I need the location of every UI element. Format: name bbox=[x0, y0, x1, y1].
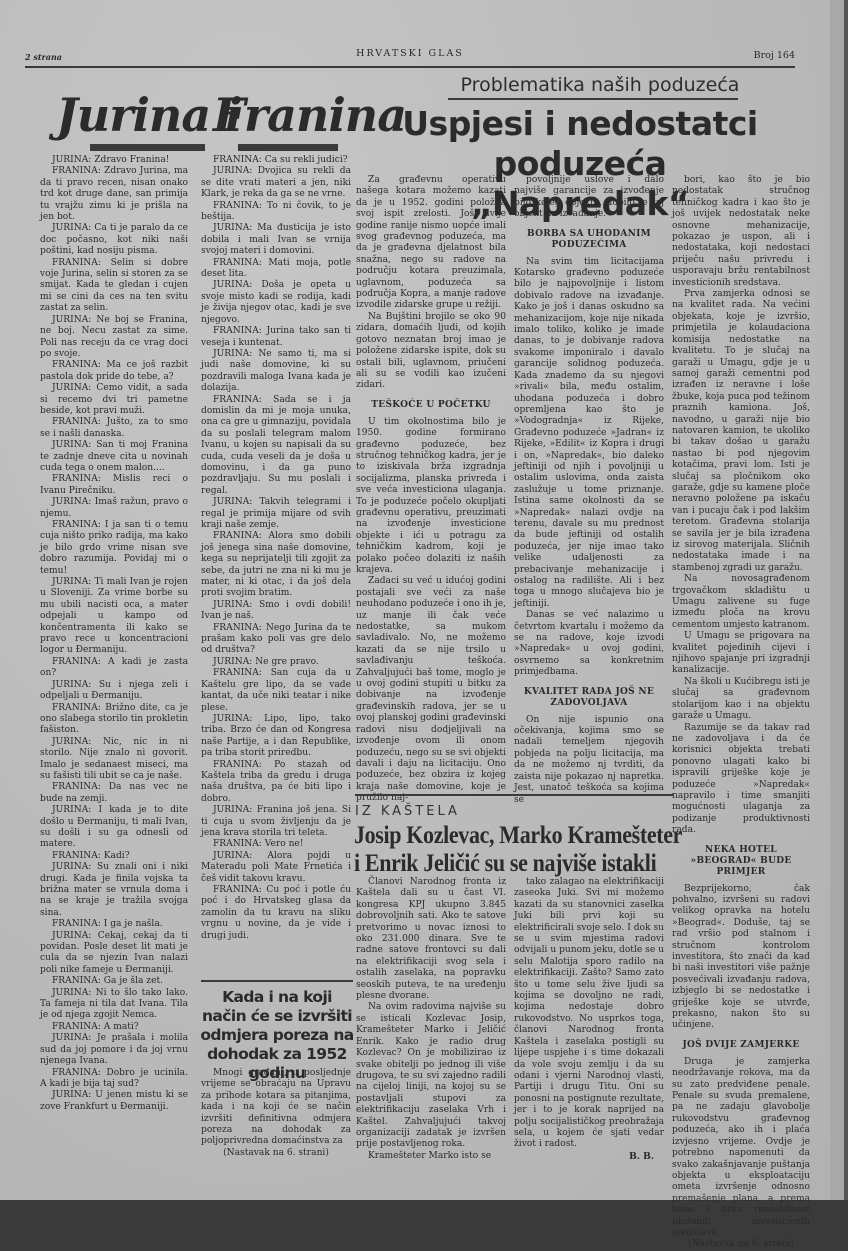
article-paragraph: U Umagu se prigovara na kvalitet pojedin… bbox=[672, 631, 810, 677]
dialogue-line: FRANINA: Zdravo Jurina, ma da ti pravo r… bbox=[40, 166, 188, 223]
kastela-signature: B. B. bbox=[514, 1151, 664, 1162]
dialogue-line: JURINA: Ne samo ti, ma si judi naše domo… bbox=[201, 349, 351, 395]
dialogue-line: JURINA: Nic, nic in ni storilo. Nije zna… bbox=[40, 737, 188, 783]
article-paragraph: Za građevnu operativu našega kotara može… bbox=[356, 175, 506, 312]
article-paragraph: Druga je zamjerka neodržavanje rokova, m… bbox=[672, 1057, 810, 1200]
article-paragraph: Kramešteter Marko isto se bbox=[356, 1151, 506, 1162]
article-paragraph: Na ovim radovima najviše su se isticali … bbox=[356, 1002, 506, 1150]
dialogue-line: FRANINA: Da nas vec ne bude na zemji. bbox=[40, 782, 188, 805]
subhead-teskoce: TEŠKOĆE U POČETKU bbox=[356, 400, 506, 411]
dialogue-line: JURINA: I kada je to dite došlo u Đerman… bbox=[40, 805, 188, 851]
article-paragraph: Članovi Narodnog fronta iz Kaštela dali … bbox=[356, 877, 506, 1002]
title-underline-right bbox=[238, 144, 338, 151]
dialogue-line: FRANINA: Alora smo dobili još jenega sin… bbox=[201, 531, 351, 599]
dialogue-line: FRANINA: Ca su rekli judici? bbox=[201, 155, 351, 166]
dialogue-line: FRANINA: San cuja da u Kaštelu gre lipo,… bbox=[201, 668, 351, 714]
article-paragraph: On nije ispunio ona očekivanja, kojima s… bbox=[514, 715, 664, 806]
article-paragraph: Bezprijekorno, čak pohvalno, izvršeni su… bbox=[672, 884, 810, 1032]
tax-article-rule bbox=[201, 980, 353, 982]
dialogue-line: FRANINA: Mislis reci o Ivanu Pirečniku. bbox=[40, 474, 188, 497]
title-underline-left bbox=[90, 144, 205, 151]
issue-number: Broj 164 bbox=[754, 50, 795, 61]
napredak-column-1: Za građevnu operativu našega kotara može… bbox=[356, 175, 506, 805]
tax-paragraph: Mnogi građani, u posljednje vrijeme se o… bbox=[201, 1068, 351, 1148]
newspaper-page: 2 strana HRVATSKI GLAS Broj 164 Jurina i… bbox=[0, 0, 848, 1200]
dialogue-line: FRANINA: Jušto, za to smo se i našli dan… bbox=[40, 417, 188, 440]
dialogue-line: JURINA: Je prašala i molila sud da joj p… bbox=[40, 1033, 188, 1067]
article-paragraph: Na Bujštini brojilo se oko 90 zidara, do… bbox=[356, 312, 506, 392]
article-paragraph: U tim okolnostima bilo je 1950. godine f… bbox=[356, 417, 506, 577]
kicker-rule bbox=[448, 98, 738, 100]
dialogue-line: JURINA: Alora pojdi u Materadu poli Mate… bbox=[201, 851, 351, 885]
dialogue-line: JURINA: Su i njega zeli i odpeljali u Đe… bbox=[40, 680, 188, 703]
tax-article-body: Mnogi građani, u posljednje vrijeme se o… bbox=[201, 1068, 351, 1159]
headline-line-1: Uspjesi i nedostatci poduzeća bbox=[350, 104, 810, 184]
dialogue-line: FRANINA: A kadi je zasta on? bbox=[40, 657, 188, 680]
article-kicker: Problematika naših poduzeća bbox=[430, 74, 770, 96]
subhead-dvije-zamjerke: JOŠ DVIJE ZAMJERKE bbox=[672, 1040, 810, 1051]
kastela-column-1: Članovi Narodnog fronta iz Kaštela dali … bbox=[356, 877, 506, 1162]
dialogue-line: FRANINA: I ja san ti o temu cuja ništo p… bbox=[40, 520, 188, 577]
kastela-kicker: IZ KAŠTELA bbox=[355, 804, 460, 819]
dialogue-line: FRANINA: I ga je našla. bbox=[40, 919, 188, 930]
dialogue-line: FRANINA: Jurina tako san ti veseja i kun… bbox=[201, 326, 351, 349]
dialogue-line: JURINA: Ne gre pravo. bbox=[201, 657, 351, 668]
article-paragraph: Razumije se da takav rad ne zadovoljava … bbox=[672, 723, 810, 837]
dialogue-line: JURINA: Doša je opeta u svoje misto kadi… bbox=[201, 280, 351, 326]
page-header: 2 strana HRVATSKI GLAS Broj 164 bbox=[25, 48, 795, 64]
article-paragraph: povoljnije uslove i dalo najviše garanci… bbox=[514, 175, 664, 221]
dialogue-line: FRANINA: Vero ne! bbox=[201, 839, 351, 850]
dialogue-line: FRANINA: A mati? bbox=[40, 1022, 188, 1033]
dialogue-line: JURINA: Imaš ražun, pravo o njemu. bbox=[40, 497, 188, 520]
article-paragraph: Na novosagrađenom trgovačkom skladištu u… bbox=[672, 574, 810, 631]
dialogue-line: JURINA: Ca ti je paralo da ce doc počasn… bbox=[40, 223, 188, 257]
dialogue-line: JURINA: Lipo, lipo, tako triba. Brzo će … bbox=[201, 714, 351, 760]
dialogue-line: FRANINA: To ni čovik, to je beštija. bbox=[201, 201, 351, 224]
article-paragraph: Na svim tim licitacijama Kotarsko građev… bbox=[514, 257, 664, 611]
dialogue-line: JURINA: Ti mali Ivan je rojen u Slovenij… bbox=[40, 577, 188, 657]
tax-continued: (Nastavak na 6. strani) bbox=[201, 1148, 351, 1159]
article-paragraph: Zadaci su već u idućoj godini postajali … bbox=[356, 576, 506, 804]
kastela-headline-line-1: Josip Kozlevac, Marko Kramešteter bbox=[354, 822, 637, 850]
dialogue-line: FRANINA: Nego Jurina da te prašam kako p… bbox=[201, 623, 351, 657]
kastela-headline: Josip Kozlevac, Marko Kramešteter i Enri… bbox=[354, 822, 637, 878]
dialogue-line: JURINA: Smo i ovdi dobili! Ivan je naš. bbox=[201, 600, 351, 623]
article-paragraph: Prva zamjerka odnosi se na kvalitet rada… bbox=[672, 289, 810, 574]
dialogue-line: FRANINA: Ga je šla zet. bbox=[40, 976, 188, 987]
header-rule bbox=[25, 66, 795, 68]
subhead-hotel-beograd: NEKA HOTEL »BEOGRAD« BUDE PRIMJER bbox=[672, 845, 810, 878]
dialogue-line: JURINA: U jenen mistu ki se zove Frankfu… bbox=[40, 1090, 188, 1113]
article-paragraph: Na školi u Kućibregu isti je slučaj sa g… bbox=[672, 677, 810, 723]
dialogue-line: JURINA: Cemo vidit, a sada si recemo dvi… bbox=[40, 383, 188, 417]
dialogue-line: FRANINA: Po stazah od Kaštela triba da g… bbox=[201, 760, 351, 806]
dialogue-line: FRANINA: Cu poć i potle ću poć i do Hrva… bbox=[201, 885, 351, 942]
dialogue-column-1: JURINA: Zdravo Franina!FRANINA: Zdravo J… bbox=[40, 155, 188, 1113]
dialogue-line: JURINA: Cekaj, cekaj da ti povidan. Posl… bbox=[40, 931, 188, 977]
dialogue-line: FRANINA: Kadi? bbox=[40, 851, 188, 862]
napredak-column-2: povoljnije uslove i dalo najviše garanci… bbox=[514, 175, 664, 806]
dialogue-line: FRANINA: Brižno dite, ca je ono slabega … bbox=[40, 703, 188, 737]
dialogue-title: Jurina i Franina bbox=[38, 82, 338, 154]
dialogue-line: FRANINA: Selin si dobre voje Jurina, sel… bbox=[40, 258, 188, 315]
napredak-column-3: bori, kao što je bio nedostatak stručnog… bbox=[672, 175, 810, 1200]
dialogue-line: FRANINA: Dobro je ucinila. A kadi je bij… bbox=[40, 1068, 188, 1091]
dialogue-line: JURINA: Su znali oni i niki drugi. Kada … bbox=[40, 862, 188, 919]
subhead-borba: BORBA SA UHODANIM PODUZEĆIMA bbox=[514, 229, 664, 251]
dialogue-line: JURINA: Takvih telegrami i regal je prim… bbox=[201, 497, 351, 531]
article-paragraph: tako zalagao na elektrifikaciji zaseoka … bbox=[514, 877, 664, 1151]
dialogue-line: JURINA: Ne boj se Franina, ne boj. Necu … bbox=[40, 315, 188, 361]
article-paragraph: bori, kao što je bio nedostatak stručnog… bbox=[672, 175, 810, 289]
kastela-headline-line-2: i Enrik Jeličić su se najviše istakli bbox=[354, 850, 637, 878]
dialogue-line: JURINA: Zdravo Franina! bbox=[40, 155, 188, 166]
dialogue-line: FRANINA: Mati moja, potle deset lita. bbox=[201, 258, 351, 281]
dialogue-line: JURINA: San ti moj Franina te zadnje dne… bbox=[40, 440, 188, 474]
article-paragraph: Danas se već nalazimo u četvrtom kvartal… bbox=[514, 610, 664, 678]
dialogue-line: JURINA: Ma đusticija je isto dobila i ma… bbox=[201, 223, 351, 257]
dialogue-line: FRANINA: Sada se i ja domislin da mi je … bbox=[201, 395, 351, 498]
dialogue-line: FRANINA: Ma ce još razbit pastola dok pr… bbox=[40, 360, 188, 383]
dialogue-column-2: FRANINA: Ca su rekli judici?JURINA: Dvoj… bbox=[201, 155, 351, 942]
dialogue-line: JURINA: Dvojica su rekli da se dite vrat… bbox=[201, 166, 351, 200]
dialogue-line: JURINA: Franina još jena. Si ti cuja u s… bbox=[201, 805, 351, 839]
dialogue-line: JURINA: Ni to šlo tako lako. Ta fameja n… bbox=[40, 988, 188, 1022]
kastela-rule bbox=[355, 794, 673, 796]
newspaper-title: HRVATSKI GLAS bbox=[25, 48, 795, 59]
kastela-column-2: tako zalagao na elektrifikaciji zaseoka … bbox=[514, 877, 664, 1162]
subhead-kvalitet: KVALITET RADA JOŠ NE ZADOVOLJAVA bbox=[514, 687, 664, 709]
